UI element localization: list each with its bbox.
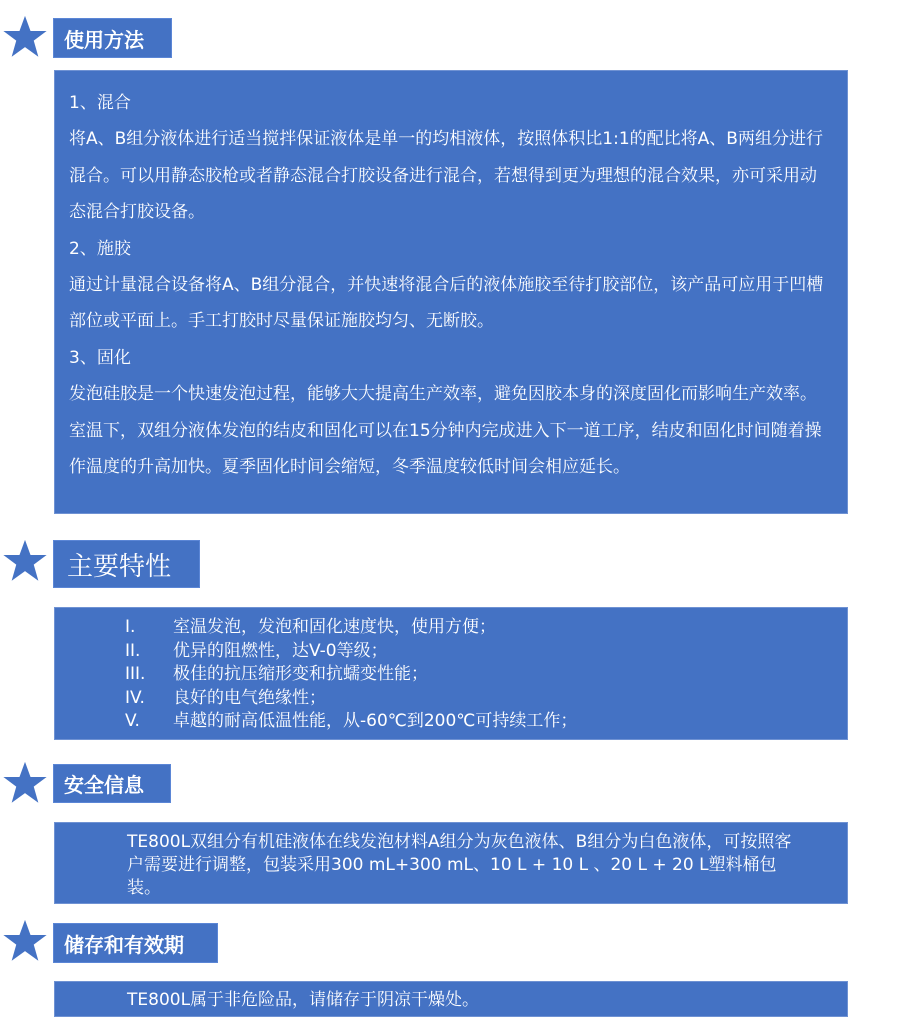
feature-text: 良好的电气绝缘性； xyxy=(173,687,326,711)
section-title-text: 使用方法 xyxy=(64,24,144,53)
step-body: 发泡硅胶是一个快速发泡过程，能够大大提高生产效率，避免因胶本身的深度固化而影响生… xyxy=(69,376,833,485)
section-title-text: 储存和有效期 xyxy=(64,929,184,958)
feature-item: I. 室温发泡，发泡和固化速度快，使用方便； xyxy=(125,616,847,640)
step-heading: 2、施胶 xyxy=(69,231,833,267)
star-icon xyxy=(2,14,48,60)
feature-item: V. 卓越的耐高低温性能，从-60℃到200℃可持续工作； xyxy=(125,710,847,734)
section-title-text: 主要特性 xyxy=(67,546,171,583)
star-icon xyxy=(2,538,48,584)
step-body: 将A、B组分液体进行适当搅拌保证液体是单一的均相液体，按照体积比1:1的配比将A… xyxy=(69,121,833,230)
feature-number: IV. xyxy=(125,687,173,711)
feature-item: II. 优异的阻燃性，达V-0等级； xyxy=(125,640,847,664)
feature-item: III. 极佳的抗压缩形变和抗蠕变性能； xyxy=(125,663,847,687)
feature-text: 卓越的耐高低温性能，从-60℃到200℃可持续工作； xyxy=(173,710,577,734)
section-title-text: 安全信息 xyxy=(64,769,144,798)
section-title-storage: 储存和有效期 xyxy=(53,923,218,963)
feature-text: 室温发泡，发泡和固化速度快，使用方便； xyxy=(173,616,496,640)
feature-number: V. xyxy=(125,710,173,734)
feature-number: II. xyxy=(125,640,173,664)
safety-text: TE800L双组分有机硅液体在线发泡材料A组分为灰色液体、B组分为白色液体，可按… xyxy=(127,831,807,900)
step-heading: 1、混合 xyxy=(69,85,833,121)
safety-content-box: TE800L双组分有机硅液体在线发泡材料A组分为灰色液体、B组分为白色液体，可按… xyxy=(54,822,848,904)
star-icon xyxy=(2,760,48,806)
usage-content-box: 1、混合 将A、B组分液体进行适当搅拌保证液体是单一的均相液体，按照体积比1:1… xyxy=(54,70,848,514)
feature-item: IV. 良好的电气绝缘性； xyxy=(125,687,847,711)
storage-content-box: TE800L属于非危险品，请储存于阴凉干燥处。 xyxy=(54,981,848,1017)
step-body: 通过计量混合设备将A、B组分混合，并快速将混合后的液体施胶至待打胶部位，该产品可… xyxy=(69,267,833,340)
feature-text: 极佳的抗压缩形变和抗蠕变性能； xyxy=(173,663,428,687)
feature-text: 优异的阻燃性，达V-0等级； xyxy=(173,640,388,664)
feature-number: I. xyxy=(125,616,173,640)
storage-text: TE800L属于非危险品，请储存于阴凉干燥处。 xyxy=(127,990,479,1010)
features-content-box: I. 室温发泡，发泡和固化速度快，使用方便； II. 优异的阻燃性，达V-0等级… xyxy=(54,607,848,740)
section-title-usage: 使用方法 xyxy=(53,18,172,58)
feature-number: III. xyxy=(125,663,173,687)
section-title-safety: 安全信息 xyxy=(53,764,171,803)
star-icon xyxy=(2,918,48,964)
step-heading: 3、固化 xyxy=(69,340,833,376)
section-title-features: 主要特性 xyxy=(53,540,200,588)
